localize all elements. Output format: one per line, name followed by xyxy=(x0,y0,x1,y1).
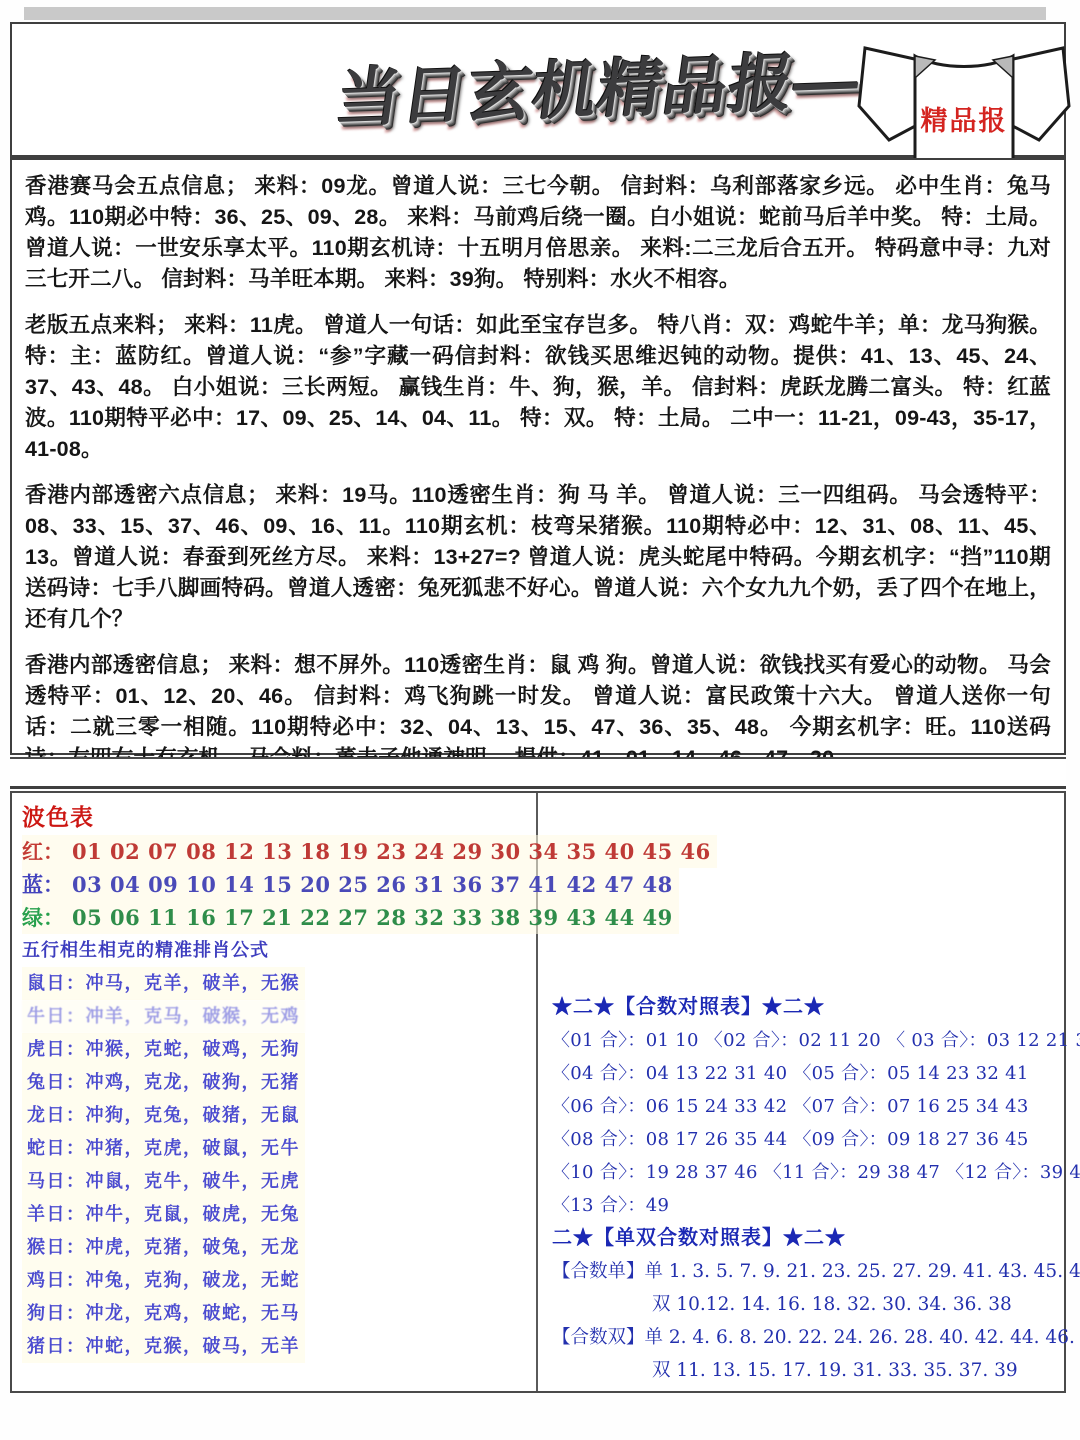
info-paragraph-3: 香港内部透密六点信息； 来料：19马。110透密生肖：狗 马 羊。 曾道人说：三… xyxy=(25,480,1051,635)
zodiac-row-horse: 马日：冲鼠，克牛，破牛，无虎 xyxy=(22,1165,305,1198)
red-wave-label: 红： xyxy=(22,841,64,864)
info-paragraph-4: 香港内部透密信息； 来料：想不屏外。110透密生肖：鼠 鸡 狗。曾道人说：欲钱找… xyxy=(25,650,1051,774)
sum-row-08-09: 〈08 合〉：08 17 26 35 44 〈09 合〉：09 18 27 36… xyxy=(552,1123,1080,1156)
zodiac-formula-title: 五行相生相克的精准排肖公式 xyxy=(22,934,528,967)
sum-tables-panel: ★二★【合数对照表】★二★ 〈01 合〉：01 10 〈02 合〉：02 11 … xyxy=(538,793,1080,1391)
zodiac-row-tiger: 虎日：冲猴，克蛇，破鸡，无狗 xyxy=(22,1033,305,1066)
color-wave-title: 波色表 xyxy=(22,799,528,835)
sum-row-01-03: 〈01 合〉：01 10 〈02 合〉：02 11 20 〈 03 合〉：03 … xyxy=(552,1024,1080,1057)
odd-sum-even-row: 双 10.12. 14. 16. 18. 32. 30. 34. 36. 38 xyxy=(552,1288,1080,1321)
zodiac-row-ox: 牛日：冲羊，克马，破猴，无鸡 xyxy=(22,1000,305,1033)
tips-text-box: 香港赛马会五点信息； 来料：09龙。曾道人说：三七今朝。 信封料：乌利部落家乡远… xyxy=(10,158,1066,755)
blue-wave-label: 蓝： xyxy=(22,874,64,897)
zodiac-row-dog: 狗日：冲龙，克鸡，破蛇，无马 xyxy=(22,1297,305,1330)
sum-row-13: 〈13 合〉：49 xyxy=(552,1189,1080,1222)
masthead-title: 当日玄机精品报—B xyxy=(332,46,893,132)
zodiac-row-rabbit: 兔日：冲鸡，克龙，破狗，无猪 xyxy=(22,1066,305,1099)
top-divider-strip xyxy=(24,7,1046,20)
color-wave-panel: 波色表 红：01 02 07 08 12 13 18 19 23 24 29 3… xyxy=(12,793,538,1391)
zodiac-row-goat: 羊日：冲牛，克鼠，破虎，无兔 xyxy=(22,1198,305,1231)
even-sum-odd-row: 【合数双】单 2. 4. 6. 8. 20. 22. 24. 26. 28. 4… xyxy=(552,1321,1080,1354)
info-paragraph-2: 老版五点来料； 来料：11虎。 曾道人一句话：如此至宝存岂多。 特八肖：双：鸡蛇… xyxy=(25,310,1051,465)
zodiac-row-snake: 蛇日：冲猪，克虎，破鼠，无牛 xyxy=(22,1132,305,1165)
masthead-box: 当日玄机精品报—B 精品报 xyxy=(10,22,1066,158)
zodiac-row-dragon: 龙日：冲狗，克兔，破猪，无鼠 xyxy=(22,1099,305,1132)
odd-even-table-title: 二★【单双合数对照表】★二★ xyxy=(552,1222,1080,1255)
sum-row-10-12: 〈10 合〉：19 28 37 46 〈11 合〉：29 38 47 〈12 合… xyxy=(552,1156,1080,1189)
newspaper-page: 当日玄机精品报—B 精品报 香港赛马会五点信息； 来料：09龙。曾道人说：三七今… xyxy=(0,0,1080,1440)
zodiac-row-rooster: 鸡日：冲兔，克狗，破龙，无蛇 xyxy=(22,1264,305,1297)
green-wave-label: 绿： xyxy=(22,907,64,930)
sum-row-06-07: 〈06 合〉：06 15 24 33 42 〈07 合〉：07 16 25 34… xyxy=(552,1090,1080,1123)
sum-table-title: ★二★【合数对照表】★二★ xyxy=(552,991,1080,1024)
separator-band xyxy=(10,757,1066,789)
odd-sum-odd-row: 【合数单】单 1. 3. 5. 7. 9. 21. 23. 25. 27. 29… xyxy=(552,1255,1080,1288)
reference-tables-box: 波色表 红：01 02 07 08 12 13 18 19 23 24 29 3… xyxy=(10,791,1066,1393)
ribbon-label: 精品报 xyxy=(921,105,1008,136)
sum-row-04-05: 〈04 合〉：04 13 22 31 40 〈05 合〉：05 14 23 32… xyxy=(552,1057,1080,1090)
zodiac-row-monkey: 猴日：冲虎，克猪，破兔，无龙 xyxy=(22,1231,305,1264)
zodiac-row-pig: 猪日：冲蛇，克猴，破马，无羊 xyxy=(22,1330,305,1363)
info-paragraph-1: 香港赛马会五点信息； 来料：09龙。曾道人说：三七今朝。 信封料：乌利部落家乡远… xyxy=(25,171,1051,295)
even-sum-even-row: 双 11. 13. 15. 17. 19. 31. 33. 35. 37. 39 xyxy=(552,1354,1080,1387)
zodiac-row-rat: 鼠日：冲马，克羊，破羊，无猴 xyxy=(22,967,305,1000)
